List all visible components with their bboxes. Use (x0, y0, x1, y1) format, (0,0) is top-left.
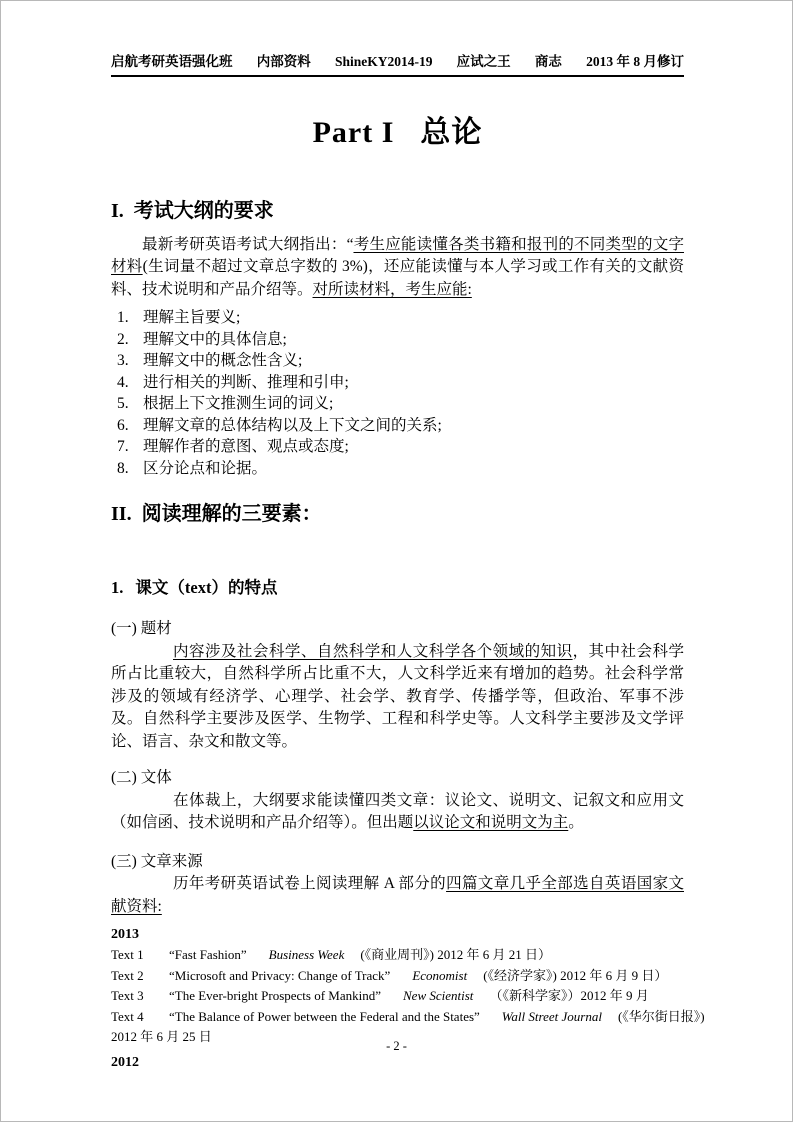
requirement-item: 5.根据上下文推测生词的词义; (111, 393, 684, 415)
requirement-text: 理解文中的具体信息; (143, 331, 287, 348)
requirement-text: 根据上下文推测生词的词义; (143, 395, 333, 412)
text-note: (《华尔街日报》) (618, 1009, 705, 1024)
section-exam-requirements: I.考试大纲的要求 最新考研英语考试大纲指出：“考生应能读懂各类书籍和报刊的不同… (111, 198, 684, 480)
section1-heading-num: I. (111, 200, 124, 222)
section2-heading: II.阅读理解的三要素： (111, 501, 684, 527)
requirement-number: 7. (117, 436, 143, 458)
text-note: (《商业周刊》) 2012 年 6 月 21 日） (360, 947, 551, 962)
requirement-text: 理解文章的总体结构以及上下文之间的关系; (143, 417, 442, 434)
header-course-label: 启航考研英语强化班 (111, 53, 233, 71)
text-label: Text 1 (111, 945, 169, 966)
page-number: - 2 - (1, 1039, 792, 1054)
source-lead-text: 历年考研英语试卷上阅读理解 A 部分的 (173, 875, 446, 892)
section-reading-elements: II.阅读理解的三要素： 1.课文（text）的特点 (一) 题材 内容涉及社会… (111, 501, 684, 1073)
intro-underlined-text-2: 对所读材料，考生应能: (313, 281, 472, 298)
requirement-item: 7.理解作者的意图、观点或态度; (111, 436, 684, 458)
source-paragraph: 历年考研英语试卷上阅读理解 A 部分的四篇文章几乎全部选自英语国家文献资料: (111, 873, 684, 918)
requirement-text: 理解主旨要义; (143, 309, 240, 326)
text-source: Economist (412, 968, 467, 983)
year-2012-label: 2012 (111, 1053, 684, 1073)
year-2013-label: 2013 (111, 925, 684, 945)
requirement-text: 理解文中的概念性含义; (143, 352, 302, 369)
requirement-number: 1. (117, 307, 143, 329)
requirement-item: 1.理解主旨要义; (111, 307, 684, 329)
text-title: “Fast Fashion” (169, 947, 247, 962)
section1-heading: I.考试大纲的要求 (111, 198, 684, 224)
document-title: Part I总论 (111, 113, 684, 152)
topic-underlined-text: 内容涉及社会科学、自然科学和人文科学各个领域的知识 (173, 643, 573, 660)
requirement-text: 进行相关的判断、推理和引申; (143, 374, 349, 391)
text-row: Text 3“The Ever-bright Prospects of Mank… (111, 986, 684, 1007)
header-material-label: 内部资料 (257, 53, 311, 71)
genre-tail-text: 。 (568, 814, 584, 831)
requirement-number: 2. (117, 329, 143, 351)
text-source: New Scientist (403, 988, 473, 1003)
genre-label: (二) 文体 (111, 767, 684, 790)
intro-lead-text: 最新考研英语考试大纲指出：“ (142, 236, 353, 253)
text-note: （《新科学家》）2012 年 9 月 (489, 988, 648, 1003)
text-title: “Microsoft and Privacy: Change of Track” (169, 968, 390, 983)
topic-label: (一) 题材 (111, 618, 684, 641)
source-label: (三) 文章来源 (111, 851, 684, 874)
text-label: Text 2 (111, 966, 169, 987)
subsection-heading-text: 课文（text）的特点 (135, 578, 277, 597)
header-revision-label: 2013 年 8 月修订 (586, 53, 684, 71)
subsection-heading-num: 1. (111, 578, 123, 597)
document-page: { "header": { "course": "启航考研英语强化班", "ma… (0, 0, 793, 1122)
title-part-label: Part I (313, 116, 395, 149)
exam-outline-intro-paragraph: 最新考研英语考试大纲指出：“考生应能读懂各类书籍和报刊的不同类型的文字材料(生词… (111, 234, 684, 302)
requirement-number: 4. (117, 372, 143, 394)
section2-heading-num: II. (111, 503, 132, 525)
text-label: Text 3 (111, 986, 169, 1007)
requirement-text: 理解作者的意图、观点或态度; (143, 438, 349, 455)
subsection-text-features-heading: 1.课文（text）的特点 (111, 577, 684, 598)
topic-paragraph: 内容涉及社会科学、自然科学和人文科学各个领域的知识，其中社会科学所占比重较大，自… (111, 641, 684, 754)
text-note: (《经济学家》) 2012 年 6 月 9 日） (483, 968, 667, 983)
requirement-item: 8.区分论点和论据。 (111, 458, 684, 480)
header-author-label: 商志 (535, 53, 562, 71)
page-header: 启航考研英语强化班 内部资料 ShineKY2014-19 应试之王 商志 20… (111, 53, 684, 77)
section1-heading-text: 考试大纲的要求 (134, 200, 274, 222)
section2-heading-text: 阅读理解的三要素： (142, 503, 322, 525)
page-content: 启航考研英语强化班 内部资料 ShineKY2014-19 应试之王 商志 20… (1, 1, 792, 1073)
requirement-text: 区分论点和论据。 (143, 460, 267, 477)
genre-underlined-text: 以议论文和说明文为主 (413, 814, 568, 831)
requirement-item: 3.理解文中的概念性含义; (111, 350, 684, 372)
title-name-label: 总论 (420, 116, 482, 149)
requirement-number: 6. (117, 415, 143, 437)
requirement-item: 4.进行相关的判断、推理和引申; (111, 372, 684, 394)
requirement-item: 6.理解文章的总体结构以及上下文之间的关系; (111, 415, 684, 437)
text-title: “The Balance of Power between the Federa… (169, 1009, 480, 1024)
text-title: “The Ever-bright Prospects of Mankind” (169, 988, 381, 1003)
text-row: Text 4“The Balance of Power between the … (111, 1007, 684, 1028)
requirement-number: 3. (117, 350, 143, 372)
text-source: Wall Street Journal (502, 1009, 602, 1024)
text-row: Text 1“Fast Fashion”Business Week(《商业周刊》… (111, 945, 684, 966)
genre-paragraph: 在体裁上，大纲要求能读懂四类文章：议论文、说明文、记叙文和应用文（如信函、技术说… (111, 790, 684, 835)
header-slogan-label: 应试之王 (457, 53, 511, 71)
requirement-item: 2.理解文中的具体信息; (111, 329, 684, 351)
requirements-list: 1.理解主旨要义; 2.理解文中的具体信息; 3.理解文中的概念性含义; 4.进… (111, 307, 684, 479)
requirement-number: 5. (117, 393, 143, 415)
requirement-number: 8. (117, 458, 143, 480)
text-label: Text 4 (111, 1007, 169, 1028)
genre-lead-text: 在体裁上，大纲要求能读懂四类文章：议论文、说明文、记叙文和应用文（如信函、技术说… (111, 792, 684, 832)
text-source: Business Week (269, 947, 345, 962)
header-code-label: ShineKY2014-19 (335, 53, 433, 71)
text-row: Text 2“Microsoft and Privacy: Change of … (111, 966, 684, 987)
